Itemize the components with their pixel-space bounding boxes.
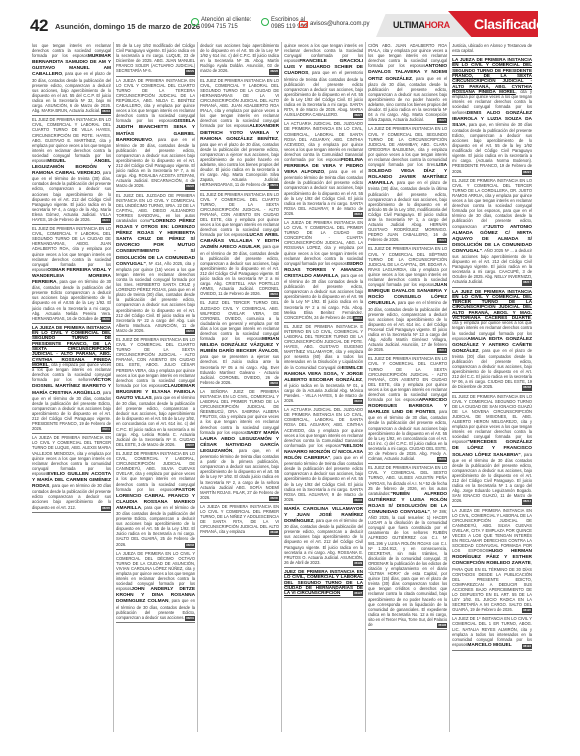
notice-tail: , PARA QUE EN EL TÉRMINO DE 30 DÍAS CONT… — [452, 560, 532, 612]
notice-code-badge: 88195 — [522, 608, 532, 613]
classified-notice: LA ACTUARIA JUDICIAL DEL JUZGADO DE PRIM… — [284, 406, 363, 505]
classified-notice: LA JUEZ DE PRIMERA INSTANCIA EN LO CIVIL… — [368, 125, 447, 245]
notice-tail: . AÑO 2025 Nº ... a deducir sus acciones… — [452, 248, 532, 285]
notice-tail: , para que se presenten a ejercer sus de… — [200, 348, 279, 385]
envelope-icon — [299, 21, 308, 28]
notice-code-badge: 88205 — [101, 506, 111, 511]
notice-names: MARCELO MIGUEL — [467, 643, 511, 648]
notice-tail: , para que en término de 30 días, contad… — [32, 279, 111, 321]
customer-service-contact[interactable]: Atención al cliente: 0994 715 715 — [191, 17, 251, 31]
notice-code-badge: 88207 — [185, 443, 195, 448]
classified-notice: El Juez de Primera Instancia en lo Civil… — [32, 225, 111, 324]
notice-heading: JUEZ DE PRIMERA INSTANCIA EN LO CIVIL, C… — [284, 569, 363, 595]
notice-code-badge: 88199 — [353, 561, 363, 566]
classified-notice: LA SEÑORA JUEZ DE PRIMERA INSTANCIA EN L… — [200, 388, 279, 503]
column-1: los que tengan interés en reclamar derec… — [30, 42, 114, 732]
page-header: 42 Asunción, domingo 15 de marzo de 2026… — [28, 14, 536, 40]
classified-notice: LA ACTUARIA JUDICIAL DEL JUZGADO DE PRIM… — [284, 120, 363, 219]
notice-code-badge: 88217 — [522, 280, 532, 285]
classified-notice: LA JUEZA DE PRIMERA INSTANCIA EN LO CIVI… — [32, 434, 111, 512]
notice-code-badge: 88219 — [269, 183, 279, 188]
classified-notice: LA JUEZA DE PRIMERA INSTANCIA EN LO CIVI… — [200, 503, 279, 538]
classified-notice: LA JUEZA DE PRIMERA INSTANCIA EN LO CIVI… — [452, 56, 532, 176]
notice-code-badge: 88203 — [185, 543, 195, 548]
notice-code-badge: 88206 — [353, 399, 363, 404]
notice-code-badge: 88230 — [101, 317, 111, 322]
notice-body: Justicia, ubicado en Alonso y Testanova … — [452, 43, 532, 53]
ultimahora-logo: ULTIMAHORA — [393, 20, 450, 30]
customer-service-phone[interactable]: 0994 715 715 — [201, 24, 251, 31]
column-5: CIÓN Abg. JUAN ADALBERTO ROA IRALA, cita… — [366, 42, 450, 732]
notice-code-badge: 88229 — [185, 69, 195, 74]
classified-notice: El Juez de Primera Instancia en lo Civil… — [368, 355, 447, 464]
classified-notice: LA JUEZA DE PRIMERA INSTANCIA EN LO CIVI… — [116, 77, 195, 192]
notice-code-badge: 88216 — [185, 329, 195, 334]
notice-tail: , para que en el término de 30 días, con… — [116, 395, 195, 447]
notice-code-badge: 88214 — [522, 499, 532, 504]
notice-body: deducir sus acciones bajo apercibimiento… — [200, 43, 279, 73]
notice-tail: , para que en el plazo de treinta (30) d… — [452, 348, 532, 390]
notice-code-badge: 88225 — [437, 118, 447, 123]
notice-tail: , para que en el plazo de treinta (30) d… — [368, 180, 447, 242]
page-number: 42 — [30, 16, 48, 36]
notice-tail: , para que, en término de 30 días contad… — [452, 122, 532, 174]
notice-tail: , para que en el término de 30 días, con… — [368, 300, 447, 352]
notice-code-badge: 88222 — [185, 184, 195, 189]
classified-notice: LA JUEZA DE PRIMERA INSTANCIA EN LO CIVI… — [452, 507, 532, 616]
notice-tail: , para que en el plazo de 30 días, conta… — [368, 76, 447, 123]
classified-notice: los que tengan interés en reclamar derec… — [32, 42, 111, 116]
notice-body: 55 de la Ley 1/92 modificado del Código … — [116, 43, 195, 73]
classified-notice: EL JUEZ DEL JUZGADO DE PRIMERA INSTANCIA… — [116, 192, 195, 336]
notice-tail: , para que, en el perentorio término de … — [200, 448, 279, 500]
notice-tail: , para que en el perentorio término de t… — [284, 70, 363, 117]
notice-tail: , para que en el término de 30 días, con… — [284, 518, 363, 565]
notice-tail: , Nº 414, Año 2025, cita y emplaza por q… — [116, 261, 195, 333]
notice-tail: , para que en el plazo de 30 días, conta… — [200, 136, 279, 188]
logo-part-hora: HORA — [425, 20, 450, 30]
section-title: Clasificados — [474, 16, 552, 32]
notice-heading: LA JUEZA DE PRIMERA INSTANCIA EN LO CIVI… — [32, 325, 111, 367]
classified-notice: El Juez de Primera Instancia en lo Civil… — [368, 464, 447, 630]
notice-code-badge: 88224 — [522, 170, 532, 175]
classified-notice: 55 de la Ley 1/92 modificado del Código … — [116, 42, 195, 77]
notice-tail: , para que en el término de 30 días cont… — [452, 452, 532, 504]
notice-tail: , para que en el término de 30 días cont… — [116, 505, 195, 547]
notice-code-badge: 88200 — [269, 496, 279, 501]
notice-body: , cita y emplaza — [217, 529, 245, 534]
email-contact[interactable]: avisos@uhora.com.py — [299, 21, 369, 28]
notice-tail: , para que en el término de 30 días, con… — [200, 244, 279, 296]
classified-notice: El Juez de primera instancia en lo Civil… — [452, 177, 532, 288]
notice-code-badge: 88201 — [185, 616, 195, 621]
classified-notice: El Juez de Primera Instancia en lo Civil… — [116, 450, 195, 550]
notice-code-badge: 88209 — [437, 457, 447, 462]
classified-notice: LA JUEZ DE PRIMERA INSTANCIA EN LO CIVIL… — [452, 288, 532, 393]
notice-tail: , para que en el plazo de 30 días, conta… — [32, 71, 111, 113]
notice-code-badge: 88204 — [269, 381, 279, 386]
classified-notice: El Juez de Primera Instancia en lo Civil… — [116, 336, 195, 450]
notice-code-badge: 88215 — [101, 218, 111, 223]
notice-names: "LORENZO PÉREZ ROJAS Y OTROS EN: LORENZO… — [116, 219, 195, 267]
notice-code-badge: 88196 — [437, 623, 447, 628]
classified-notice: EL JUEZ DE PRIMERA INSTANCIA EN LO CIVIL… — [32, 116, 111, 225]
classifieds-grid: los que tengan interés en reclamar derec… — [30, 42, 534, 732]
notice-code-badge: 88223 — [437, 238, 447, 243]
classified-notice: El Juez del Tercer Turno del Juzgado Civ… — [200, 299, 279, 388]
classified-notice: La Juez de 1º Instancia en lo Civil y Co… — [452, 615, 532, 651]
classified-notice: EL JUEZ DE PRIMERA INSTANCIA EN LO CIVIL… — [200, 77, 279, 191]
column-3: deducir sus acciones bajo apercibimiento… — [198, 42, 282, 732]
notice-tail: , para que en el perentorio término de t… — [284, 169, 363, 216]
customer-service-label: Atención al cliente: — [201, 17, 251, 24]
notice-code-badge: 88211 — [101, 427, 111, 432]
notice-code-badge: 88226 — [269, 69, 279, 74]
whatsapp-icon — [191, 18, 199, 26]
notice-code-badge: 88208 — [522, 385, 532, 390]
notice-code-badge: 88213 — [437, 348, 447, 353]
notice-tail: , para que en el término de 30 días, con… — [116, 137, 195, 189]
notice-code-badge: 88218 — [353, 212, 363, 217]
notice-tail: , para que en el perentorio término de t… — [284, 455, 363, 502]
notice-code-badge: 88210 — [269, 292, 279, 297]
notice-code-badge: 88227 — [353, 113, 363, 118]
notice-body: , cita y emplaza por quince veces a los … — [452, 193, 532, 229]
notice-code-badge: 88212 — [353, 316, 363, 321]
notice-tail: , para que en el término de 30 días cont… — [284, 273, 363, 320]
notice-heading: LA JUEZ DE PRIMERA INSTANCIA EN LO CIVIL… — [452, 289, 532, 320]
notice-code-badge: 88197 — [353, 591, 363, 596]
notice-code-badge: 88194 — [522, 644, 532, 649]
classified-notice: EL JUEZ DE PRIMERA INSTANCIA E INTERINO … — [284, 323, 363, 406]
classified-notice: JUEZ DE PRIMERA INSTANCIA EN LO CIVIL, C… — [284, 568, 363, 598]
classified-notice: Justicia, ubicado en Alonso y Testanova … — [452, 42, 532, 56]
notice-tail: , para que en el término de 30 días, con… — [368, 409, 447, 461]
classified-notice: El Juez de Primera Instancia en lo Civil… — [452, 393, 532, 507]
column-4: quince veces a los que tengan interés en… — [282, 42, 366, 732]
notice-code-badge: 88198 — [269, 530, 279, 535]
whatsapp-icon — [261, 18, 269, 26]
notice-tail: , para que en el término de treinta (30)… — [32, 170, 111, 222]
notice-tail: , Nº 386; AÑO 2025, la cual resuelve: 1)… — [368, 509, 447, 627]
column-2: 55 de la Ley 1/92 modificado del Código … — [114, 42, 198, 732]
notice-tail: , para que en el término de 30 días, con… — [32, 390, 111, 432]
classified-notice: CIÓN Abg. JUAN ADALBERTO ROA IRALA, cita… — [368, 42, 447, 125]
classified-notice: El Juez de Primera Instancia en lo Civil… — [200, 191, 279, 300]
notice-code-badge: 88202 — [353, 498, 363, 503]
classified-notice: La Jueza de Primera Instancia en lo Civi… — [284, 219, 363, 323]
classified-notice: MARÍA CAROLINA VILLAMAYOR y JUAN JOSÉ RA… — [284, 505, 363, 568]
publication-date: Asunción, domingo 15 de marzo de 2026 — [55, 22, 200, 31]
notice-code-badge: 88234 — [101, 109, 111, 114]
classified-notice: deducir sus acciones bajo apercibimiento… — [200, 42, 279, 77]
logo-part-ultima: ULTIMA — [393, 20, 425, 30]
classified-notice: quince veces a los que tengan interés en… — [284, 42, 363, 120]
classified-notice: El Juez de Primera Instancia en lo Civil… — [368, 245, 447, 355]
column-6: Justicia, ubicado en Alonso y Testanova … — [450, 42, 534, 732]
classified-notice: La Jueza de Primera en lo Civil y Comerc… — [116, 550, 195, 623]
classified-notice: LA JUEZA DE PRIMERA INSTANCIA EN LO CIVI… — [32, 324, 111, 435]
email-address[interactable]: avisos@uhora.com.py — [310, 21, 369, 28]
